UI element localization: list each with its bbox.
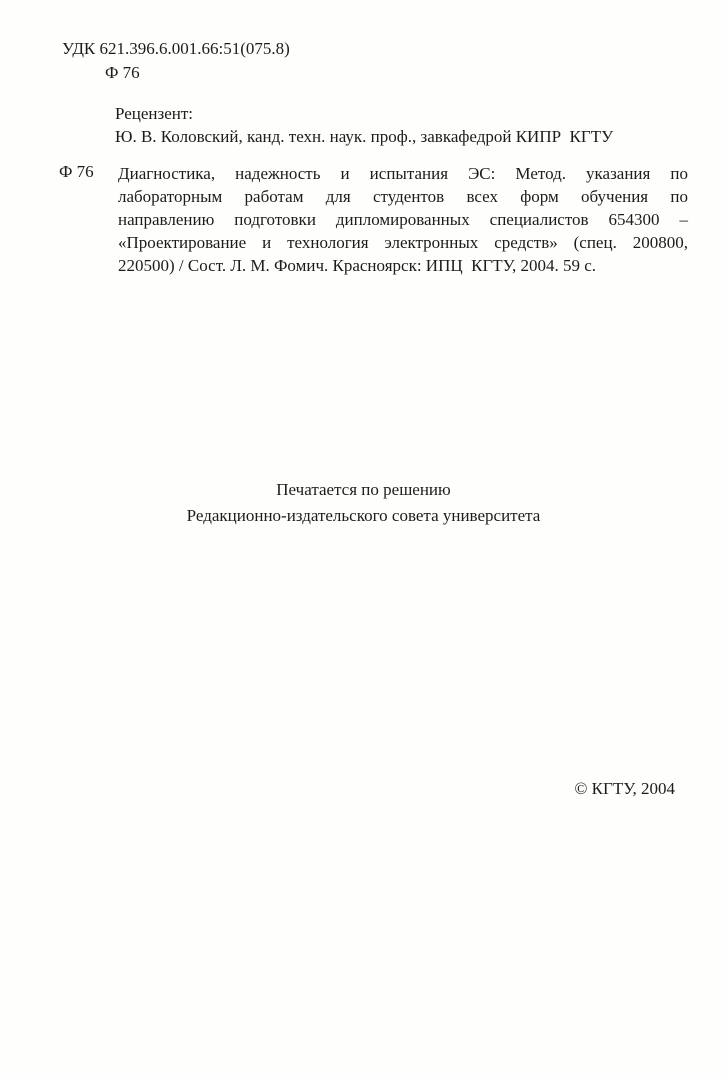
imprint-line-1: Печатается по решению	[0, 477, 727, 503]
biblio-description: Диагностика, надежность и испытания ЭС: …	[118, 162, 688, 277]
biblio-line: 220500) / Сост. Л. М. Фомич. Красноярск:…	[118, 254, 688, 277]
biblio-line: направлению подготовки дипломированных с…	[118, 208, 688, 231]
imprint-line-2: Редакционно-издательского совета универс…	[0, 503, 727, 529]
reviewer-name: Ю. В. Коловский, канд. техн. наук. проф.…	[115, 125, 613, 148]
document-page: УДК 621.396.6.001.66:51(075.8) Ф 76 Реце…	[0, 0, 727, 1080]
biblio-line: Диагностика, надежность и испытания ЭС: …	[118, 162, 688, 185]
imprint-statement: Печатается по решению Редакционно-издате…	[0, 477, 727, 529]
biblio-author-sign: Ф 76	[59, 162, 94, 182]
biblio-line: «Проектирование и технология электронных…	[118, 231, 688, 254]
author-sign: Ф 76	[62, 61, 290, 85]
copyright-notice: © КГТУ, 2004	[575, 779, 675, 799]
bibliographic-entry: Ф 76 Диагностика, надежность и испытания…	[59, 162, 688, 277]
reviewer-label: Рецензент:	[115, 102, 613, 125]
reviewer-block: Рецензент: Ю. В. Коловский, канд. техн. …	[115, 102, 613, 148]
classification-block: УДК 621.396.6.001.66:51(075.8) Ф 76	[62, 37, 290, 85]
udk-number: УДК 621.396.6.001.66:51(075.8)	[62, 37, 290, 61]
biblio-line: лабораторным работам для студентов всех …	[118, 185, 688, 208]
